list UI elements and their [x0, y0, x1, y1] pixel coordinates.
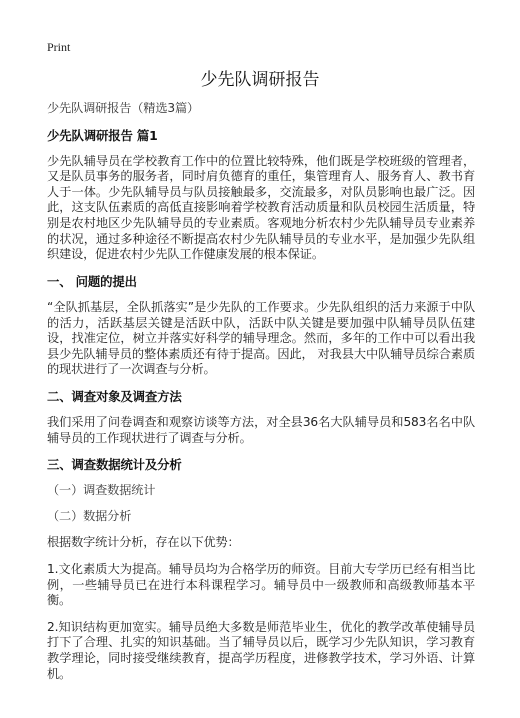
point-2: 2.知识结构更加宽实。辅导员绝大多数是师范毕业生，优化的教学改革使辅导员打下了合…	[47, 620, 475, 682]
section-heading-2: 二、调查对象及调查方法	[47, 389, 475, 405]
subsection-2: （二）数据分析	[47, 509, 475, 525]
article-heading: 少先队调研报告 篇1	[47, 128, 475, 144]
document-page: Print 少先队调研报告 少先队调研报告（精选3篇） 少先队调研报告 篇1 少…	[0, 0, 520, 718]
subsection-1: （一）调查数据统计	[47, 483, 475, 499]
section-3-lead: 根据数字统计分析，存在以下优势：	[47, 535, 475, 551]
section-heading-3: 三、调查数据统计及分析	[47, 457, 475, 473]
point-1: 1.文化素质大为提高。辅导员均为合格学历的师资。目前大专学历已经有相当比例，一些…	[47, 562, 475, 609]
intro-paragraph: 少先队辅导员在学校教育工作中的位置比较特殊，他们既是学校班级的管理者，又是队员事…	[47, 154, 475, 263]
document-subtitle: 少先队调研报告（精选3篇）	[47, 101, 475, 117]
section-2-paragraph: 我们采用了问卷调查和观察访谈等方法，对全县36名大队辅导员和583名名中队辅导员…	[47, 415, 475, 446]
document-body: 少先队调研报告（精选3篇） 少先队调研报告 篇1 少先队辅导员在学校教育工作中的…	[47, 101, 475, 693]
print-link[interactable]: Print	[47, 40, 70, 55]
section-heading-1: 一、 问题的提出	[47, 274, 475, 290]
page-title: 少先队调研报告	[0, 69, 520, 91]
section-1-paragraph: “全队抓基层，全队抓落实”是少先队的工作要求。少先队组织的活力来源于中队的活力，…	[47, 300, 475, 378]
